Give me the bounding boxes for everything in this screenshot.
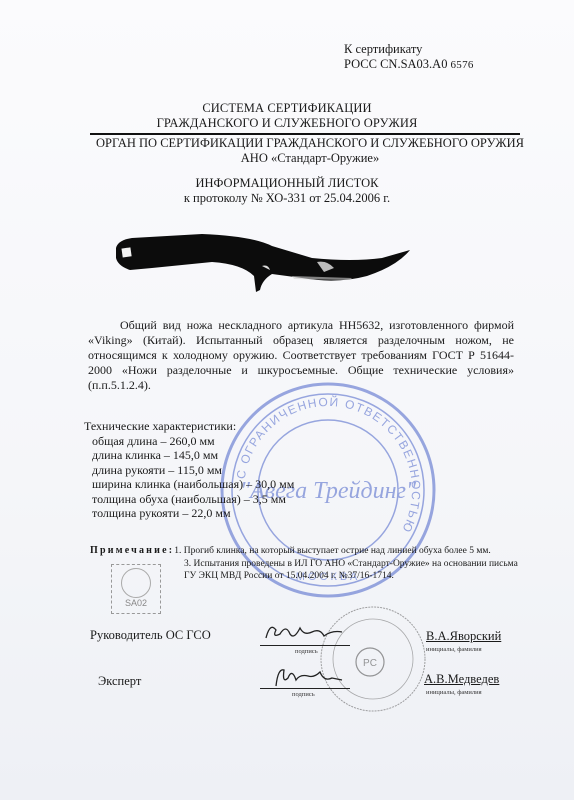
certification-mark-stamp: SA02	[111, 564, 161, 614]
signature-line	[260, 688, 350, 689]
document-page: К сертификату РОСС CN.SA03.A06576 СИСТЕМ…	[0, 0, 574, 800]
description-text: Общий вид ножа нескладного артикула НН56…	[88, 318, 514, 393]
specs-header: Технические характеристики:	[84, 419, 294, 434]
certification-mark-icon	[121, 568, 151, 598]
spec-item: общая длина – 260,0 мм	[92, 434, 294, 449]
signature-caption: подпись	[295, 648, 318, 655]
signature-caption: подпись	[292, 691, 315, 698]
name-caption: инициалы, фамилия	[426, 646, 482, 653]
certification-system-title: СИСТЕМА СЕРТИФИКАЦИИ ГРАЖДАНСКОГО И СЛУЖ…	[0, 101, 574, 131]
signatory-role: Руководитель ОС ГСО	[90, 628, 211, 643]
official-round-seal-icon: PC	[318, 604, 428, 714]
system-line-1: СИСТЕМА СЕРТИФИКАЦИИ	[0, 101, 574, 116]
certificate-ref-line2: РОСС CN.SA03.A06576	[344, 57, 474, 73]
document-subtitle: к протоколу № ХО-331 от 25.04.2006 г.	[0, 191, 574, 206]
notes-label: Примечание:	[90, 545, 174, 556]
spec-item: длина клинка – 145,0 мм	[92, 448, 294, 463]
certificate-number: 6576	[450, 59, 473, 71]
document-heading: ИНФОРМАЦИОННЫЙ ЛИСТОК к протоколу № ХО-3…	[0, 176, 574, 206]
spec-item: толщина обуха (наибольшая) – 3,5 мм	[92, 492, 294, 507]
certification-body-title: ОРГАН ПО СЕРТИФИКАЦИИ ГРАЖДАНСКОГО И СЛУ…	[60, 136, 560, 166]
spec-item: ширина клинка (наибольшая) – 30,0 мм	[92, 477, 294, 492]
technical-specs: Технические характеристики: общая длина …	[84, 419, 294, 521]
system-line-2: ГРАЖДАНСКОГО И СЛУЖЕБНОГО ОРУЖИЯ	[0, 116, 574, 131]
description-paragraph: Общий вид ножа нескладного артикула НН56…	[88, 318, 514, 393]
signature-icon	[262, 620, 344, 644]
note-1: 1. Прогиб клинка, на который выступает о…	[174, 546, 491, 556]
signatory-role: Эксперт	[98, 674, 141, 689]
name-caption: инициалы, фамилия	[426, 689, 482, 696]
knife-photo-icon	[112, 218, 412, 298]
document-title: ИНФОРМАЦИОННЫЙ ЛИСТОК	[0, 176, 574, 191]
signature-line	[260, 645, 350, 646]
certificate-ref-line1: К сертификату	[344, 42, 474, 57]
svg-text:PC: PC	[363, 658, 377, 669]
signatory-name: В.А.Яворский	[426, 629, 501, 644]
organ-line-2: АНО «Стандарт-Оружие»	[60, 151, 560, 166]
spec-item: длина рукояти – 115,0 мм	[92, 463, 294, 478]
signatory-name: А.В.Медведев	[424, 672, 499, 687]
spec-item: толщина рукояти – 22,0 мм	[92, 506, 294, 521]
certification-mark-label: SA02	[112, 598, 160, 608]
organ-line-1: ОРГАН ПО СЕРТИФИКАЦИИ ГРАЖДАНСКОГО И СЛУ…	[60, 136, 560, 151]
header-divider	[90, 133, 520, 135]
certificate-reference: К сертификату РОСС CN.SA03.A06576	[344, 42, 474, 73]
certificate-code: РОСС CN.SA03.A0	[344, 57, 447, 71]
